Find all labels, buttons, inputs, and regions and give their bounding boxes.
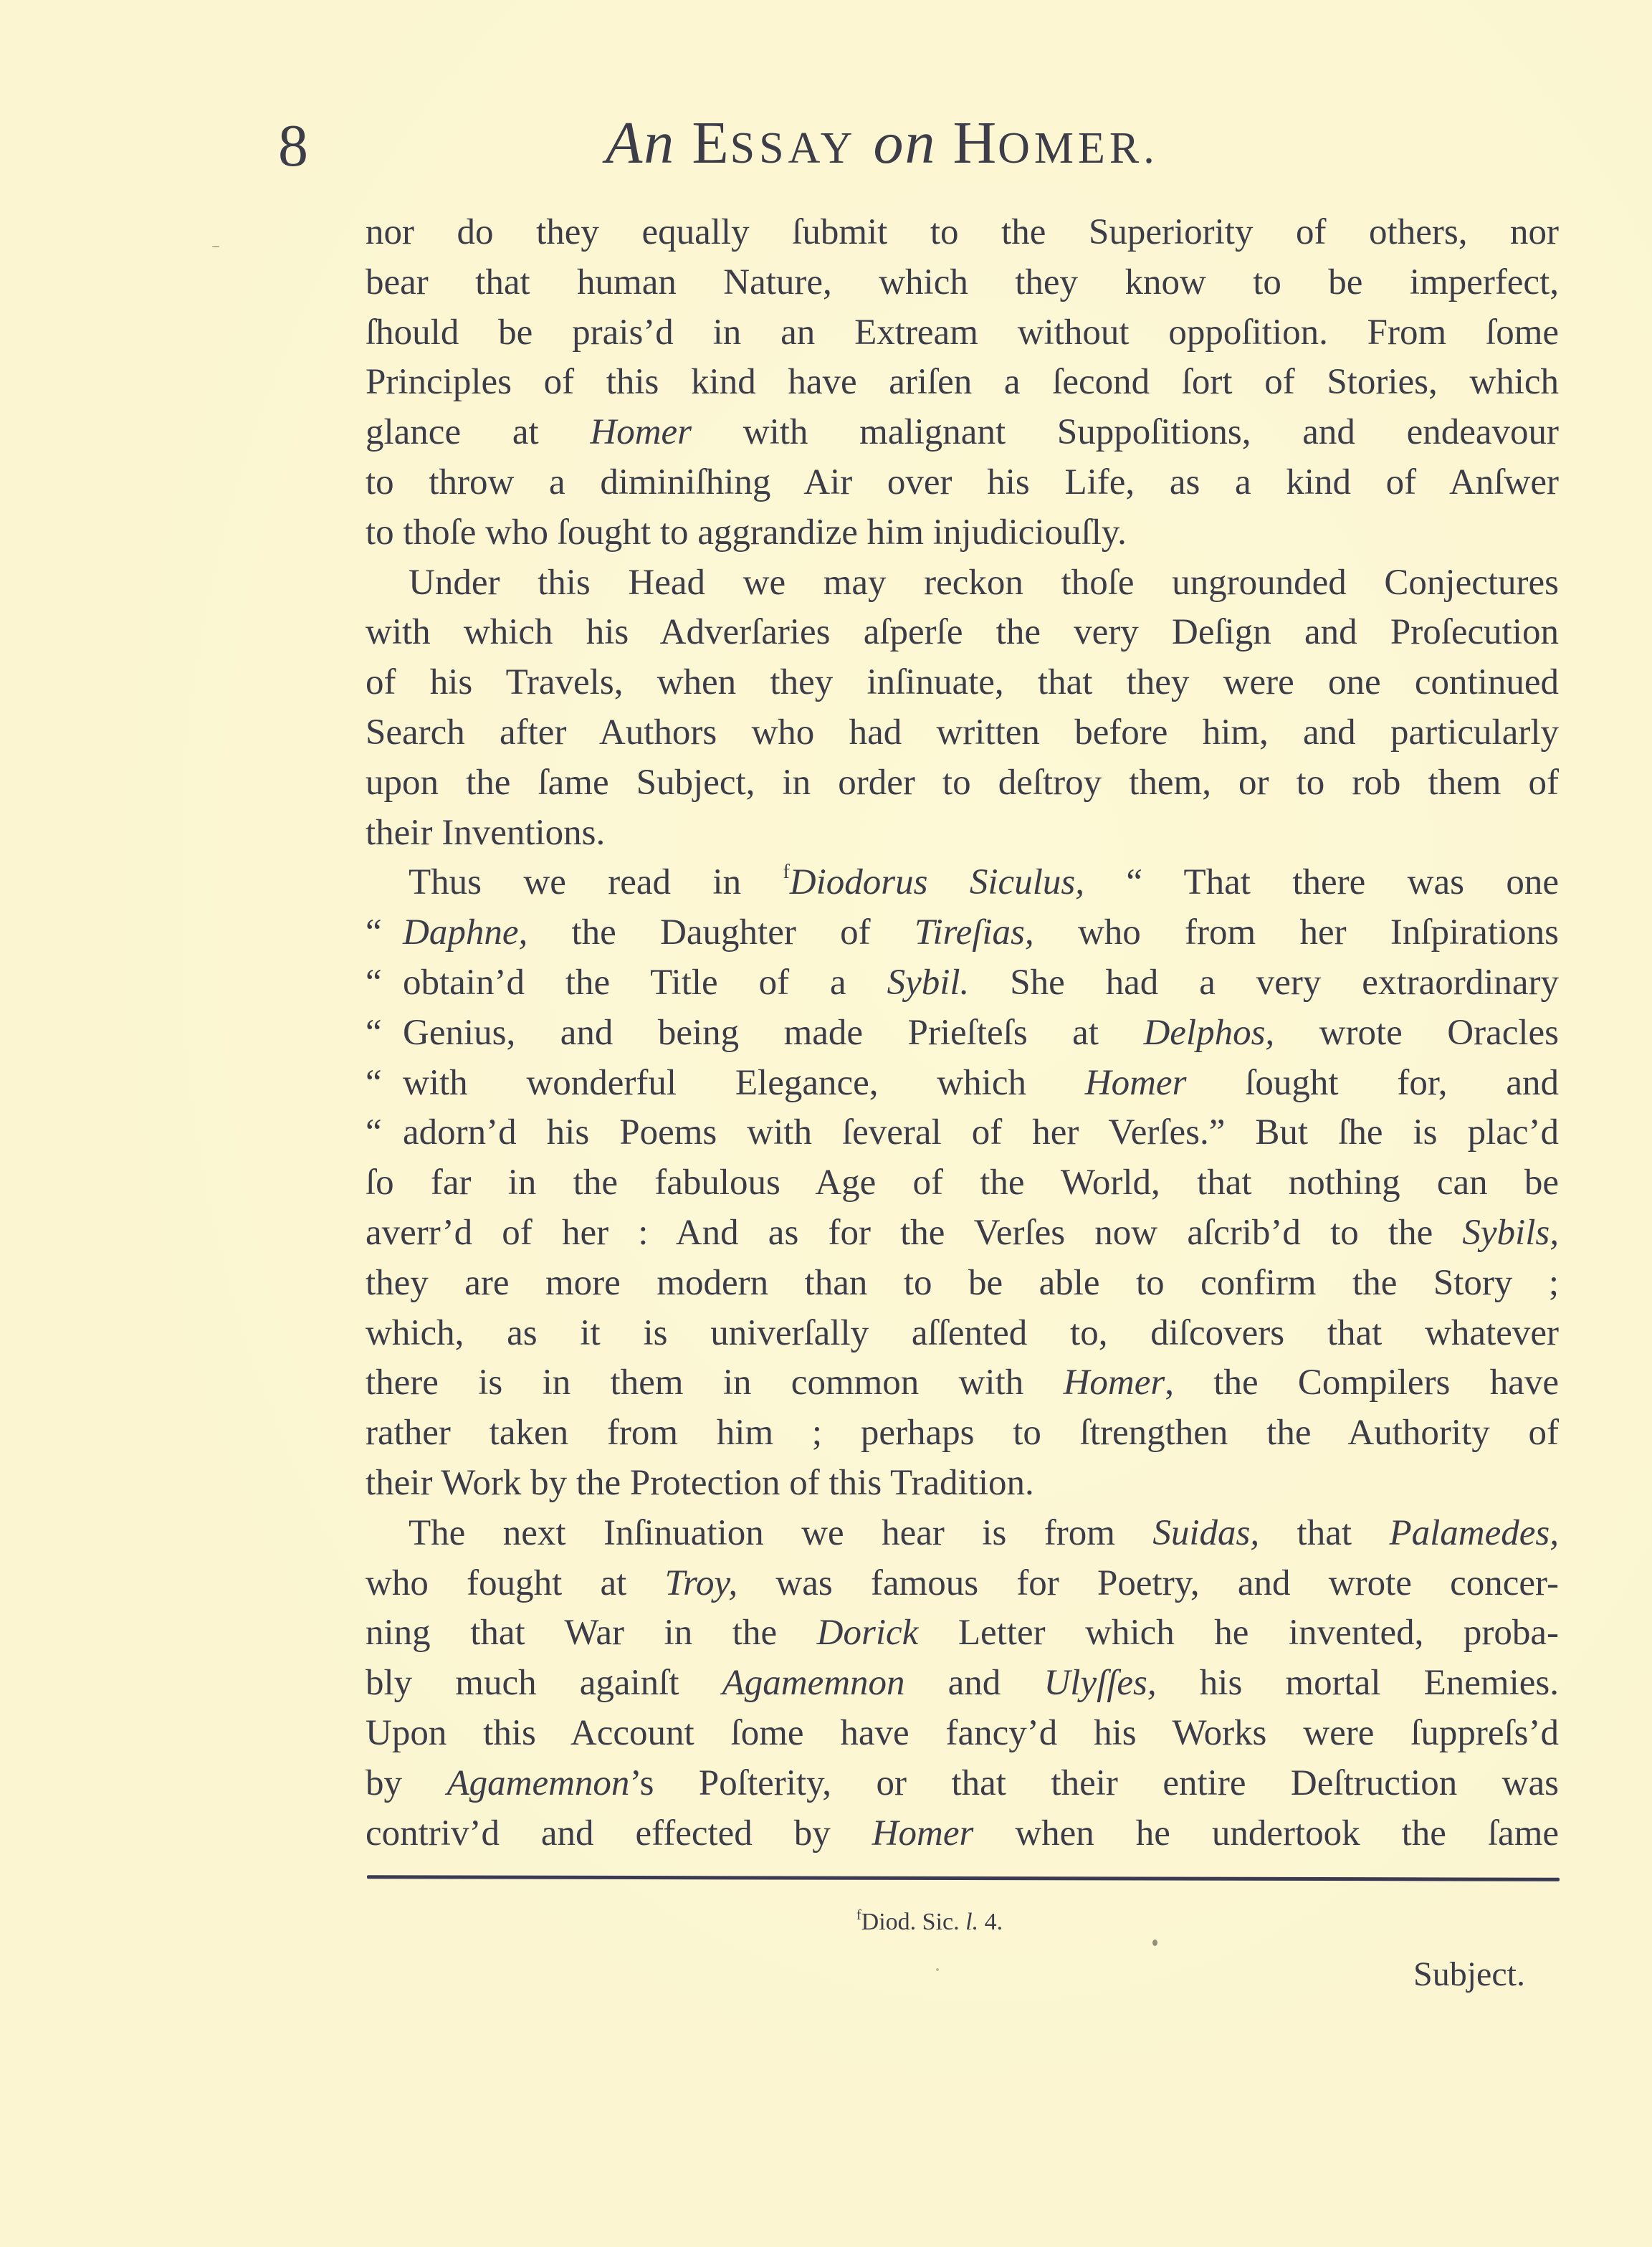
quote-mark: “ <box>366 1008 403 1059</box>
text-run: Upon this Account ſome have fancy’d his … <box>366 1713 1559 1753</box>
text-line: to thoſe who ſought to aggrandize him in… <box>366 508 1559 558</box>
text-line: Thus we read in fDiodorus Siculus, “ Tha… <box>366 858 1559 908</box>
title-homer-cap: H <box>952 110 998 176</box>
text-run: to thoſe who ſought to aggrandize him in… <box>366 512 1127 553</box>
text-line: ſhould be prais’d in an Extream without … <box>366 308 1559 358</box>
footnote-marker: f <box>856 1907 861 1923</box>
italic-name: Palamedes, <box>1389 1513 1559 1553</box>
book-page: 8 An ESSAY on HOMER. nor do they equally… <box>0 0 1652 2247</box>
text-line: contriv’d and effected by Homer when he … <box>366 1809 1559 1859</box>
text-run: The next Inſinuation we hear is from <box>409 1513 1152 1553</box>
title-essay-cap: E <box>692 110 730 176</box>
text-line: Principles of this kind have ariſen a ſe… <box>366 358 1559 408</box>
text-run: their Inventions. <box>366 813 605 853</box>
text-run: ning that War in the <box>366 1613 817 1653</box>
text-run: they are more modern than to be able to … <box>366 1263 1559 1303</box>
text-run: to throw a diminiſhing Air over his Life… <box>366 462 1559 502</box>
text-run: Search after Authors who had written bef… <box>366 712 1559 753</box>
text-line: with which his Adverſaries aſperſe the v… <box>366 608 1559 658</box>
italic-name: Dorick <box>817 1613 919 1653</box>
title-essay-rest: SSAY <box>730 124 857 173</box>
text-line: “with wonderful Elegance, which Homer ſo… <box>366 1059 1559 1109</box>
text-line: to throw a diminiſhing Air over his Life… <box>366 458 1559 508</box>
text-line: upon the ſame Subject, in order to deſtr… <box>366 758 1559 808</box>
quote-mark: “ <box>366 958 403 1008</box>
text-run: “ That there was one <box>1084 862 1559 902</box>
footnote-rule <box>367 1875 1560 1881</box>
footnote-reference: f <box>783 861 789 883</box>
text-line: averr’d of her : And as for the Verſes n… <box>366 1208 1559 1259</box>
text-line: of his Travels, when they inſinuate, tha… <box>366 658 1559 708</box>
text-line: Under this Head we may reckon thoſe ungr… <box>366 558 1559 609</box>
text-run: upon the ſame Subject, in order to deſtr… <box>366 763 1559 803</box>
text-run: glance at <box>366 412 590 452</box>
text-run: Genius, and being made Prieſteſs at <box>403 1013 1143 1053</box>
italic-name: Suidas, <box>1152 1513 1259 1553</box>
footnote-text: Diod. Sic. <box>861 1909 965 1935</box>
text-run: who fought at <box>366 1563 665 1603</box>
text-line: bear that human Nature, which they know … <box>366 258 1559 308</box>
title-homer-rest: OMER. <box>998 124 1159 173</box>
text-run: bly much againſt <box>366 1663 722 1703</box>
text-run: She had a very extraordinary <box>969 963 1559 1003</box>
text-run: Under this Head we may reckon thoſe ungr… <box>409 563 1559 603</box>
text-run: when he undertook the ſame <box>973 1813 1559 1854</box>
text-run: which, as it is univerſally aſſented to,… <box>366 1313 1559 1353</box>
text-line: by Agamemnon’s Poſterity, or that their … <box>366 1759 1559 1809</box>
text-run: Thus we read in <box>409 862 783 902</box>
italic-name: Delphos, <box>1143 1013 1274 1053</box>
text-line: who fought at Troy, was famous for Poetr… <box>366 1559 1559 1609</box>
text-run: ’s Poſterity, or that their entire Deſtr… <box>629 1763 1559 1803</box>
text-line: Upon this Account ſome have fancy’d his … <box>366 1709 1559 1759</box>
italic-name: Sybil. <box>887 963 970 1003</box>
text-run: that <box>1259 1513 1389 1553</box>
text-run: their Work by the Protection of this Tra… <box>366 1463 1034 1503</box>
body-text: nor do they equally ſubmit to the Superi… <box>366 208 1559 1859</box>
text-line: “Daphne, the Daughter of Tireſias, who f… <box>366 908 1559 958</box>
italic-name: Diodorus Siculus, <box>790 862 1084 902</box>
text-run: Letter which he invented, proba- <box>918 1613 1559 1653</box>
running-title: An ESSAY on HOMER. <box>606 108 1159 184</box>
text-line: “Genius, and being made Prieſteſs at Del… <box>366 1008 1559 1059</box>
text-line: which, as it is univerſally aſſented to,… <box>366 1309 1559 1359</box>
text-run: adorn’d his Poems with ſeveral of her Ve… <box>403 1112 1559 1153</box>
text-line: their Inventions. <box>366 808 1559 859</box>
page-number: 8 <box>278 110 308 182</box>
text-run: ſo far in the fabulous Age of the World,… <box>366 1163 1559 1203</box>
text-line: glance at Homer with malignant Suppoſiti… <box>366 408 1559 458</box>
italic-name: Agamemnon <box>447 1763 629 1803</box>
text-line: ſo far in the fabulous Age of the World,… <box>366 1158 1559 1208</box>
italic-name: Sybils, <box>1462 1213 1559 1253</box>
text-run: contriv’d and effected by <box>366 1813 872 1854</box>
text-run: rather taken from him ; perhaps to ſtren… <box>366 1413 1559 1453</box>
text-run: his mortal Enemies. <box>1157 1663 1559 1703</box>
text-run: of his Travels, when they inſinuate, tha… <box>366 662 1559 702</box>
text-run: Principles of this kind have ariſen a ſe… <box>366 362 1559 402</box>
italic-name: Daphne, <box>403 912 527 953</box>
catchword: Subject. <box>1413 1953 1525 1996</box>
text-run: by <box>366 1763 447 1803</box>
text-run: nor do they equally ſubmit to the Superi… <box>366 212 1559 252</box>
footnote-italic: l. <box>965 1909 978 1935</box>
quote-mark: “ <box>366 908 403 958</box>
text-line: “adorn’d his Poems with ſeveral of her V… <box>366 1108 1559 1158</box>
text-run: who from her Inſpirations <box>1034 912 1559 953</box>
text-run: wrote Oracles <box>1274 1013 1559 1053</box>
text-line: bly much againſt Agamemnon and Ulyſſes, … <box>366 1659 1559 1709</box>
text-line: The next Inſinuation we hear is from Sui… <box>366 1509 1559 1559</box>
title-on: on <box>873 110 936 176</box>
text-run: ſought for, and <box>1186 1063 1559 1103</box>
text-line: Search after Authors who had written bef… <box>366 708 1559 758</box>
quote-mark: “ <box>366 1108 403 1158</box>
italic-name: Homer <box>1064 1363 1165 1403</box>
paper-speck <box>1152 1940 1157 1946</box>
italic-name: Ulyſſes, <box>1044 1663 1156 1703</box>
text-line: there is in them in common with Homer, t… <box>366 1358 1559 1408</box>
text-run: , the Compilers have <box>1165 1363 1559 1403</box>
quote-mark: “ <box>366 1059 403 1109</box>
text-line: rather taken from him ; perhaps to ſtren… <box>366 1408 1559 1459</box>
text-line: nor do they equally ſubmit to the Superi… <box>366 208 1559 258</box>
running-head: 8 An ESSAY on HOMER. <box>272 108 1562 186</box>
footnote-end: 4. <box>978 1909 1003 1935</box>
text-line: their Work by the Protection of this Tra… <box>366 1459 1559 1509</box>
text-run: with malignant Suppoſitions, and endeavo… <box>692 412 1559 452</box>
footnote: fDiod. Sic. l. 4. <box>856 1907 1003 1938</box>
text-line: “obtain’d the Title of a Sybil. She had … <box>366 958 1559 1008</box>
text-run: and <box>905 1663 1044 1703</box>
text-line: ning that War in the Dorick Letter which… <box>366 1608 1559 1659</box>
italic-name: Homer <box>590 412 692 452</box>
text-line: they are more modern than to be able to … <box>366 1259 1559 1309</box>
italic-name: Agamemnon <box>722 1663 905 1703</box>
paper-speck <box>936 1968 939 1971</box>
italic-name: Homer <box>1085 1063 1187 1103</box>
text-run: there is in them in common with <box>366 1363 1064 1403</box>
text-run: the Daughter of <box>527 912 915 953</box>
title-an: An <box>606 110 675 176</box>
text-run: with wonderful Elegance, which <box>403 1063 1085 1103</box>
text-run: was famous for Poetry, and wrote concer- <box>737 1563 1559 1603</box>
text-run: obtain’d the Title of a <box>403 963 887 1003</box>
italic-name: Troy, <box>665 1563 738 1603</box>
italic-name: Homer <box>872 1813 974 1854</box>
text-run: with which his Adverſaries aſperſe the v… <box>366 612 1559 652</box>
paper-mark <box>212 246 219 247</box>
text-run: ſhould be prais’d in an Extream without … <box>366 313 1559 353</box>
text-run: averr’d of her : And as for the Verſes n… <box>366 1213 1462 1253</box>
text-run: bear that human Nature, which they know … <box>366 262 1559 302</box>
italic-name: Tireſias, <box>915 912 1034 953</box>
